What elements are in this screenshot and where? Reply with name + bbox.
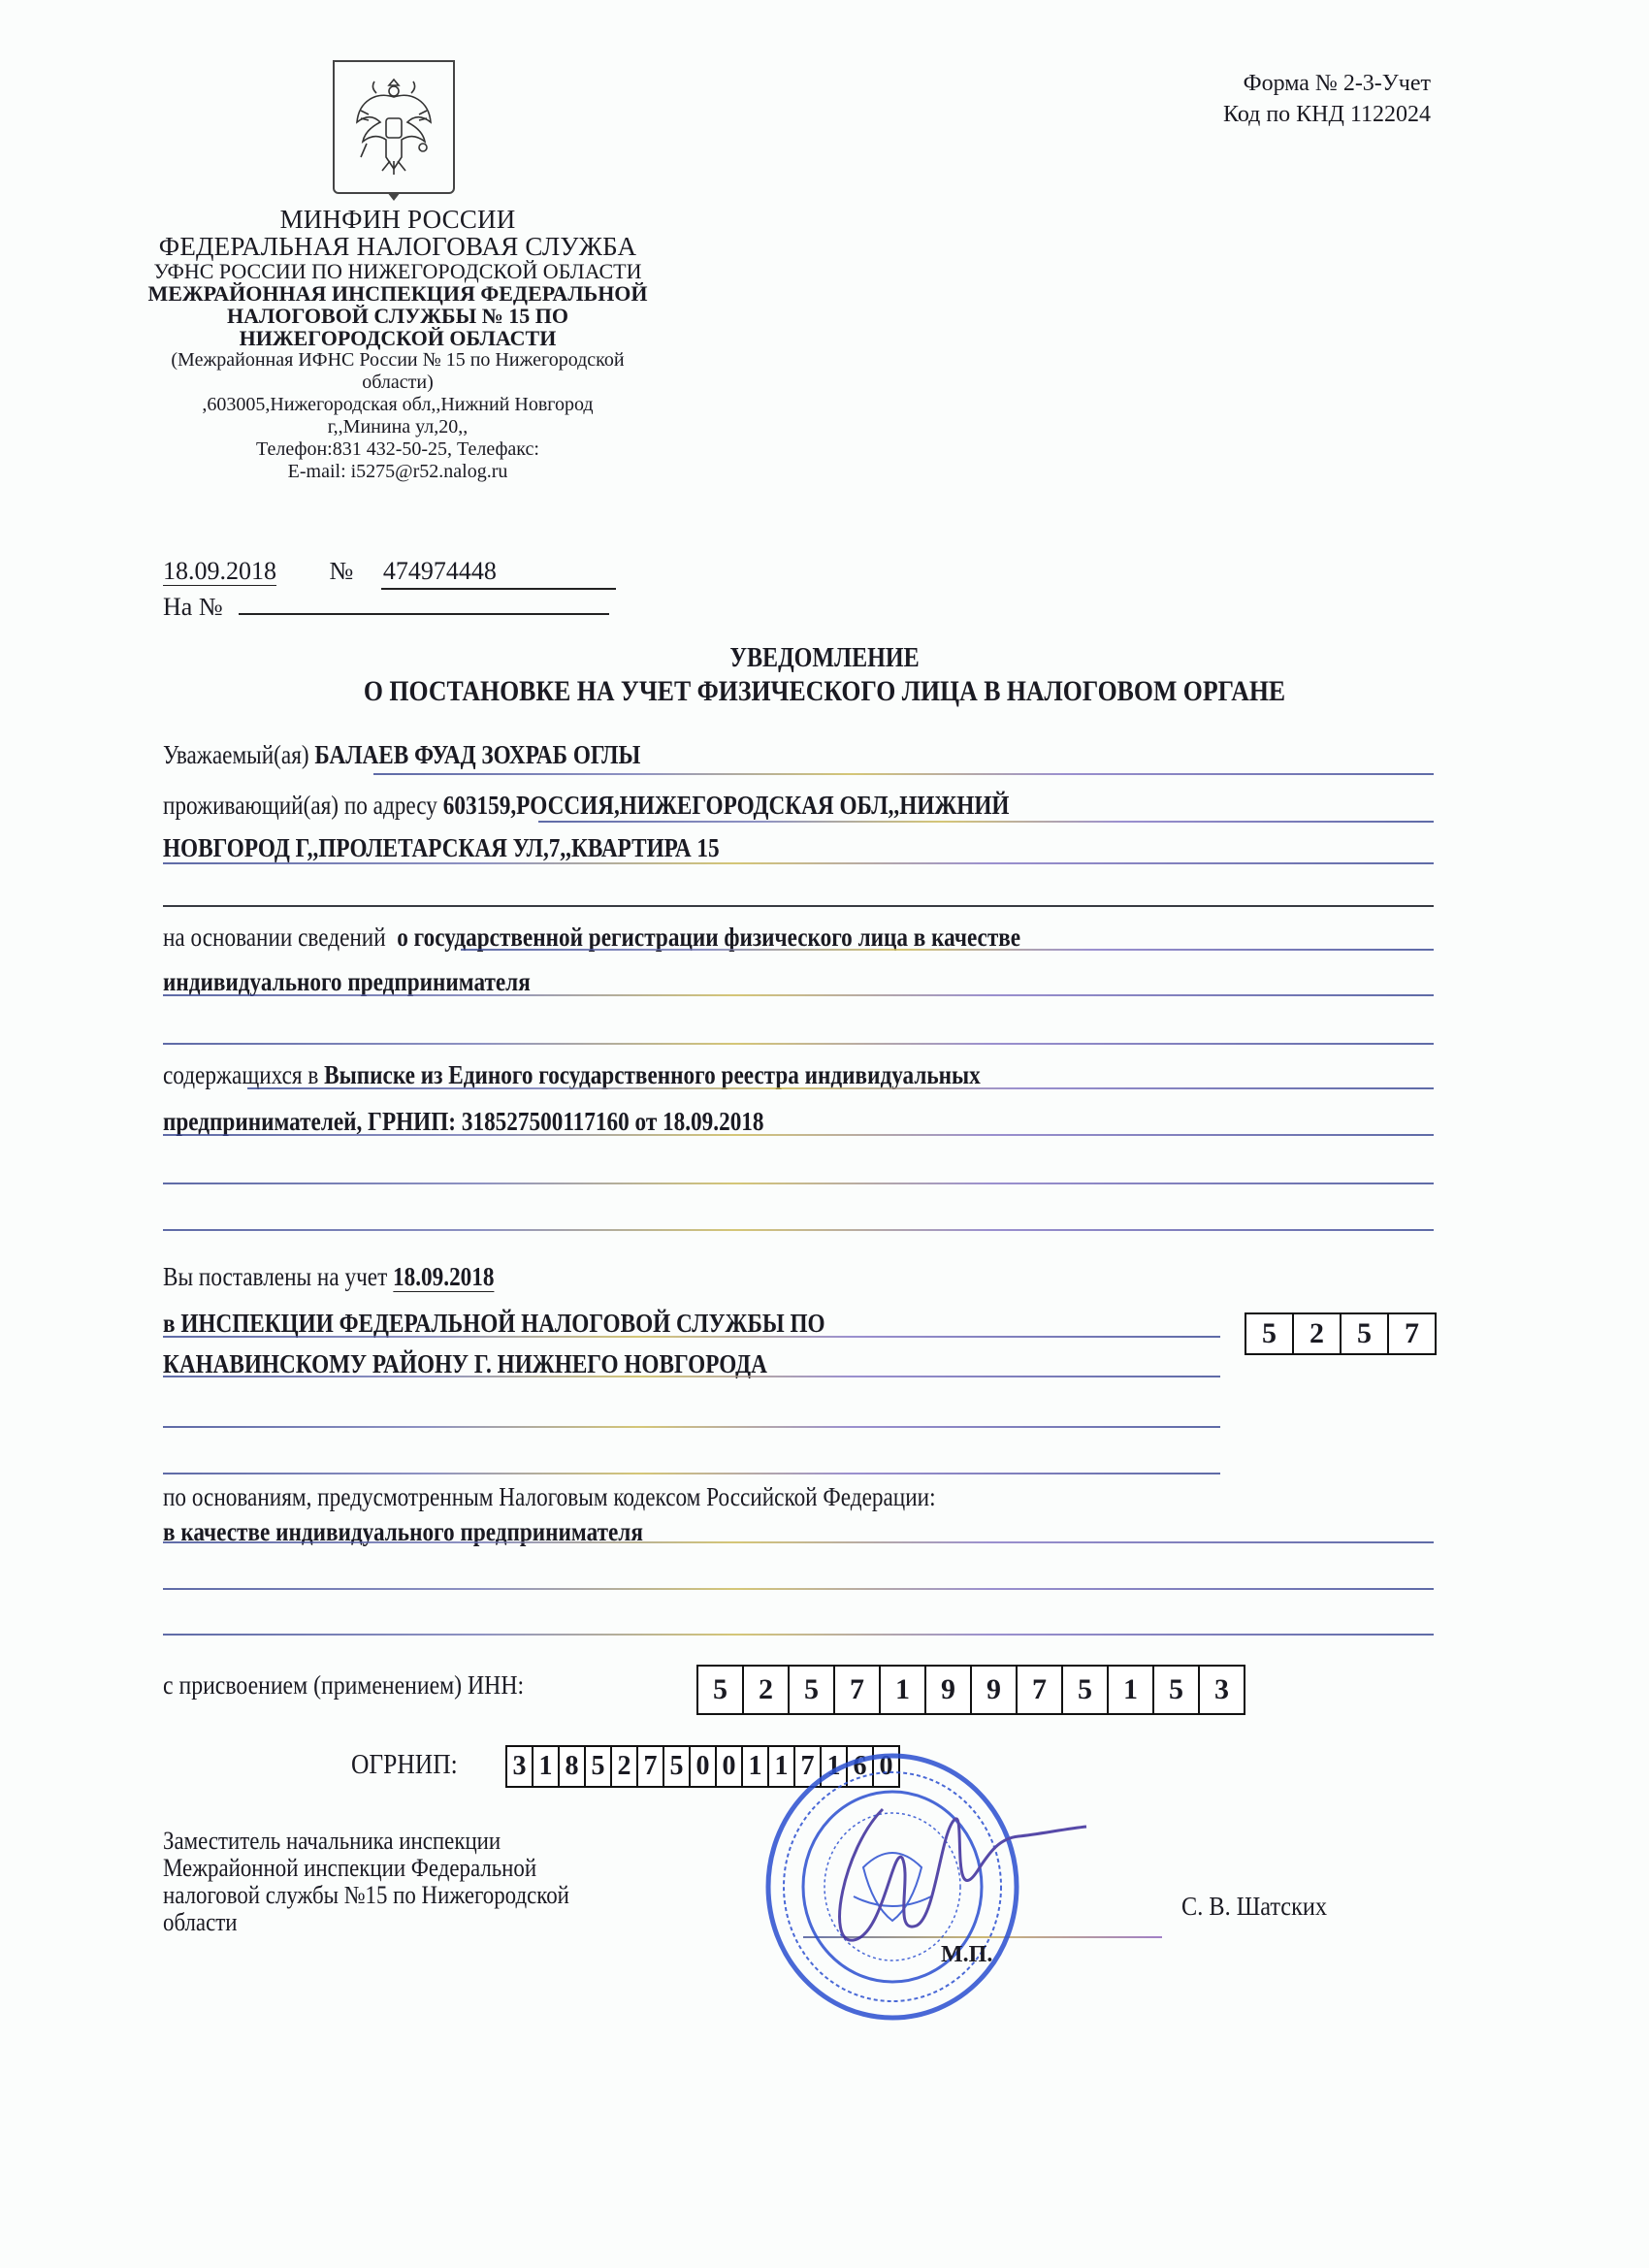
inspection-name-line: МЕЖРАЙОННАЯ ИНСПЕКЦИЯ ФЕДЕРАЛЬНОЙ xyxy=(107,282,689,305)
tax-authority-line-1: в ИНСПЕКЦИИ ФЕДЕРАЛЬНОЙ НАЛОГОВОЙ СЛУЖБЫ… xyxy=(163,1309,825,1338)
form-code-block: Форма № 2-3-Учет Код по КНД 1122024 xyxy=(1223,68,1431,130)
document-date: 18.09.2018 xyxy=(163,557,276,586)
source-label: содержащихся в xyxy=(163,1060,318,1089)
inspection-address: г,,Минина ул,20,, xyxy=(107,416,689,438)
source-row-2: предпринимателей, ГРНИП: 318527500117160… xyxy=(163,1106,1254,1137)
reply-to-label: На № xyxy=(163,593,223,621)
ogrnip-digit: 8 xyxy=(560,1747,586,1786)
inspection-short-name: (Межрайонная ИФНС России № 15 по Нижегор… xyxy=(107,349,689,372)
document-title: УВЕДОМЛЕНИЕ О ПОСТАНОВКЕ НА УЧЕТ ФИЗИЧЕС… xyxy=(115,642,1534,708)
inn-digit: 9 xyxy=(972,1667,1018,1713)
grounds-row: по основаниям, предусмотренным Налоговым… xyxy=(163,1481,1254,1512)
title-line-1: УВЕДОМЛЕНИЕ xyxy=(115,642,1534,675)
underline xyxy=(461,949,1434,951)
knd-code: Код по КНД 1122024 xyxy=(1223,99,1431,130)
separator-line xyxy=(163,905,1434,907)
ogrnip-digit: 3 xyxy=(507,1747,533,1786)
address-line-2: НОВГОРОД Г,,ПРОЛЕТАРСКАЯ УЛ,7,,КВАРТИРА … xyxy=(163,833,720,862)
inspection-name-line: НИЖЕГОРОДСКОЙ ОБЛАСТИ xyxy=(107,327,689,349)
ogrnip-digit: 7 xyxy=(638,1747,664,1786)
source-row: содержащихся в Выписке из Единого госуда… xyxy=(163,1059,1254,1090)
document-reference: 18.09.2018 № 474974448 На № xyxy=(163,555,616,624)
ministry-name: МИНФИН РОССИИ xyxy=(107,206,689,233)
inn-boxes: 5 2 5 7 1 9 9 7 5 1 5 3 xyxy=(696,1665,1245,1715)
source-line-1: Выписке из Единого государственного реес… xyxy=(324,1060,981,1089)
coat-of-arms-emblem xyxy=(333,60,455,194)
inn-digit: 5 xyxy=(790,1667,835,1713)
ogrnip-digit: 0 xyxy=(874,1747,900,1786)
inspection-address: ,603005,Нижегородская обл,,Нижний Новгор… xyxy=(107,394,689,416)
ogrnip-digit: 0 xyxy=(717,1747,743,1786)
inn-label: с присвоением (применением) ИНН: xyxy=(163,1670,524,1701)
inn-digit: 3 xyxy=(1200,1667,1245,1713)
inn-digit: 2 xyxy=(744,1667,790,1713)
ogrnip-digit: 6 xyxy=(848,1747,874,1786)
inn-digit: 1 xyxy=(1109,1667,1154,1713)
code-digit: 5 xyxy=(1342,1314,1389,1353)
registration-date: 18.09.2018 xyxy=(393,1262,494,1292)
ogrnip-digit: 5 xyxy=(664,1747,691,1786)
person-name: БАЛАЕВ ФУАД ЗОХРАБ ОГЛЫ xyxy=(314,740,640,769)
signature-line xyxy=(803,1936,1162,1938)
address-label: проживающий(ая) по адресу xyxy=(163,791,437,820)
inn-digit: 7 xyxy=(1018,1667,1063,1713)
registration-label: Вы поставлены на учет xyxy=(163,1262,387,1291)
greeting-row: Уважаемый(ая) БАЛАЕВ ФУАД ЗОХРАБ ОГЛЫ xyxy=(163,739,1254,770)
ogrnip-digit: 1 xyxy=(743,1747,769,1786)
address-line-1: 603159,РОССИЯ,НИЖЕГОРОДСКАЯ ОБЛ,,НИЖНИЙ xyxy=(443,791,1010,820)
form-number: Форма № 2-3-Учет xyxy=(1223,68,1431,99)
inn-digit: 5 xyxy=(1154,1667,1200,1713)
underline xyxy=(163,1229,1434,1231)
address-row: проживающий(ая) по адресу 603159,РОССИЯ,… xyxy=(163,790,1254,821)
inn-digit: 5 xyxy=(1063,1667,1109,1713)
reply-to-field xyxy=(239,590,609,615)
inn-digit: 1 xyxy=(881,1667,926,1713)
basis-line-1: о государственной регистрации физическог… xyxy=(397,923,1020,952)
code-digit: 5 xyxy=(1246,1314,1294,1353)
inn-digit: 9 xyxy=(926,1667,972,1713)
underline xyxy=(163,1043,1434,1045)
ogrnip-digit: 0 xyxy=(691,1747,717,1786)
address-row-2: НОВГОРОД Г,,ПРОЛЕТАРСКАЯ УЛ,7,,КВАРТИРА … xyxy=(163,832,1254,863)
inspection-phone: Телефон:831 432-50-25, Телефакс: xyxy=(107,438,689,461)
signer-position: Заместитель начальника инспекции Межрайо… xyxy=(163,1828,569,1936)
signer-position-line: налоговой службы №15 по Нижегородской xyxy=(163,1882,569,1909)
tax-authority-code-boxes: 5 2 5 7 xyxy=(1245,1312,1437,1355)
underline xyxy=(163,1473,1220,1474)
ogrnip-boxes: 3 1 8 5 2 7 5 0 0 1 1 7 1 6 0 xyxy=(505,1745,900,1788)
underline xyxy=(538,821,1434,823)
code-digit: 7 xyxy=(1389,1314,1437,1353)
inn-digit: 7 xyxy=(835,1667,881,1713)
issuing-authority: МИНФИН РОССИИ ФЕДЕРАЛЬНАЯ НАЛОГОВАЯ СЛУЖ… xyxy=(107,206,689,483)
underline xyxy=(163,1588,1434,1590)
source-line-2: предпринимателей, ГРНИП: 318527500117160… xyxy=(163,1107,764,1136)
grounds-label: по основаниям, предусмотренным Налоговым… xyxy=(163,1482,936,1511)
underline xyxy=(247,1087,1434,1089)
inn-digit: 5 xyxy=(698,1667,744,1713)
registration-date-row: Вы поставлены на учет 18.09.2018 xyxy=(163,1261,1254,1292)
underline xyxy=(163,1541,1434,1543)
service-name: ФЕДЕРАЛЬНАЯ НАЛОГОВАЯ СЛУЖБА xyxy=(107,233,689,260)
basis-row-2: индивидуального предпринимателя xyxy=(163,966,1254,997)
ogrnip-digit: 1 xyxy=(822,1747,848,1786)
inspection-email: E-mail: i5275@r52.nalog.ru xyxy=(107,461,689,483)
ogrnip-digit: 5 xyxy=(586,1747,612,1786)
basis-label: на основании сведений xyxy=(163,923,386,952)
basis-line-2: индивидуального предпринимателя xyxy=(163,967,531,996)
underline xyxy=(163,862,1434,864)
seal-mark: М.П. xyxy=(941,1942,992,1968)
title-line-2: О ПОСТАНОВКЕ НА УЧЕТ ФИЗИЧЕСКОГО ЛИЦА В … xyxy=(115,675,1534,708)
signer-position-line: области xyxy=(163,1909,569,1936)
signer-position-line: Межрайонной инспекции Федеральной xyxy=(163,1855,569,1882)
ogrnip-label: ОГРНИП: xyxy=(351,1749,458,1781)
tax-authority-row: в ИНСПЕКЦИИ ФЕДЕРАЛЬНОЙ НАЛОГОВОЙ СЛУЖБЫ… xyxy=(163,1308,1254,1339)
inspection-short-name: области) xyxy=(107,372,689,394)
greeting-label: Уважаемый(ая) xyxy=(163,740,309,769)
emblem-tip xyxy=(387,192,401,201)
ogrnip-digit: 1 xyxy=(533,1747,560,1786)
underline xyxy=(163,1426,1220,1428)
signer-position-line: Заместитель начальника инспекции xyxy=(163,1828,569,1855)
underline xyxy=(163,1134,1434,1136)
double-headed-eagle-icon xyxy=(347,72,440,178)
underline xyxy=(373,773,1434,775)
underline xyxy=(163,1634,1434,1636)
signer-name: С. В. Шатских xyxy=(1181,1892,1327,1922)
code-digit: 2 xyxy=(1294,1314,1342,1353)
tax-authority-line-2: КАНАВИНСКОМУ РАЙОНУ Г. НИЖНЕГО НОВГОРОДА xyxy=(163,1349,767,1378)
ogrnip-digit: 1 xyxy=(769,1747,795,1786)
number-sign: № xyxy=(330,557,354,585)
regional-office: УФНС РОССИИ ПО НИЖЕГОРОДСКОЙ ОБЛАСТИ xyxy=(107,260,689,282)
underline xyxy=(163,1336,1220,1338)
inspection-name-line: НАЛОГОВОЙ СЛУЖБЫ № 15 ПО xyxy=(107,305,689,327)
underline xyxy=(163,994,1434,996)
document-number: 474974448 xyxy=(381,555,616,590)
ogrnip-digit: 7 xyxy=(795,1747,822,1786)
ogrnip-digit: 2 xyxy=(612,1747,638,1786)
underline xyxy=(163,1376,1220,1377)
underline xyxy=(163,1183,1434,1184)
